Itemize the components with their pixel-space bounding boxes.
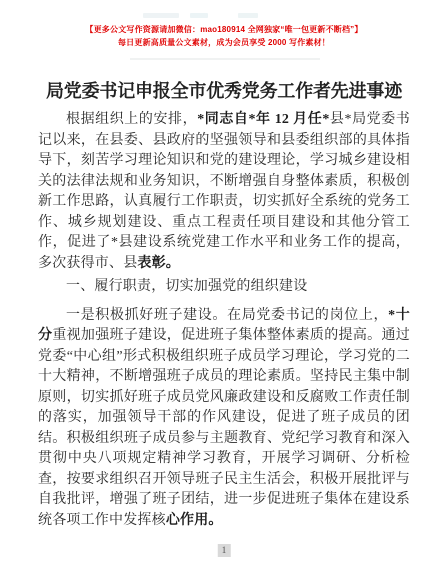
promo-line-1: 【更多公文写作资源请加微信：mao180914 全网独家“唯一包更新不断档”】 [0,23,448,36]
section-heading-1: 一、履行职责，切实加强党的组织建设 [38,277,410,298]
text-run: 县*局党委书记以来，在县委、县政府的坚强领导和县委组织部的具体指导下，刻苦学习理… [38,112,410,271]
text-run: 一是积极抓好班子建设。在局党委书记的岗位上， [66,308,388,323]
text-run-bold: 心作用。 [166,513,223,528]
faint-artifact [143,13,179,18]
promo-banner: 【更多公文写作资源请加微信：mao180914 全网独家“唯一包更新不断档”】 … [0,0,448,49]
text-run: 根据组织上的安排， [66,112,197,127]
text-run-bold: 表彰。 [137,256,180,271]
scan-artifacts [0,13,448,19]
document-page: 【更多公文写作资源请加微信：mao180914 全网独家“唯一包更新不断档”】 … [0,0,448,580]
text-run-bold: *同志自*年 12 月任* [197,112,329,127]
paragraph-1: 根据组织上的安排，*同志自*年 12 月任*县*局党委书记以来，在县委、县政府的… [38,110,410,274]
document-body: 局党委书记申报全市优秀党务工作者先进事迹 根据组织上的安排，*同志自*年 12 … [0,78,448,531]
faint-artifact [238,13,258,18]
paragraph-2: 一是积极抓好班子建设。在局党委书记的岗位上，*十分重视加强班子建设，促进班子集体… [38,306,410,532]
promo-line-2: 每日更新高质量公文素材，成为会员享受 2000 写作素材！ [0,36,448,49]
page-number: 1 [218,544,231,557]
text-run: 重视加强班子建设，促进班子集体整体素质的提高。通过党委“中心组”形式积极组织班子… [38,328,410,528]
faint-artifact [190,13,208,18]
faint-divider [130,58,320,60]
document-title: 局党委书记申报全市优秀党务工作者先进事迹 [38,78,410,104]
